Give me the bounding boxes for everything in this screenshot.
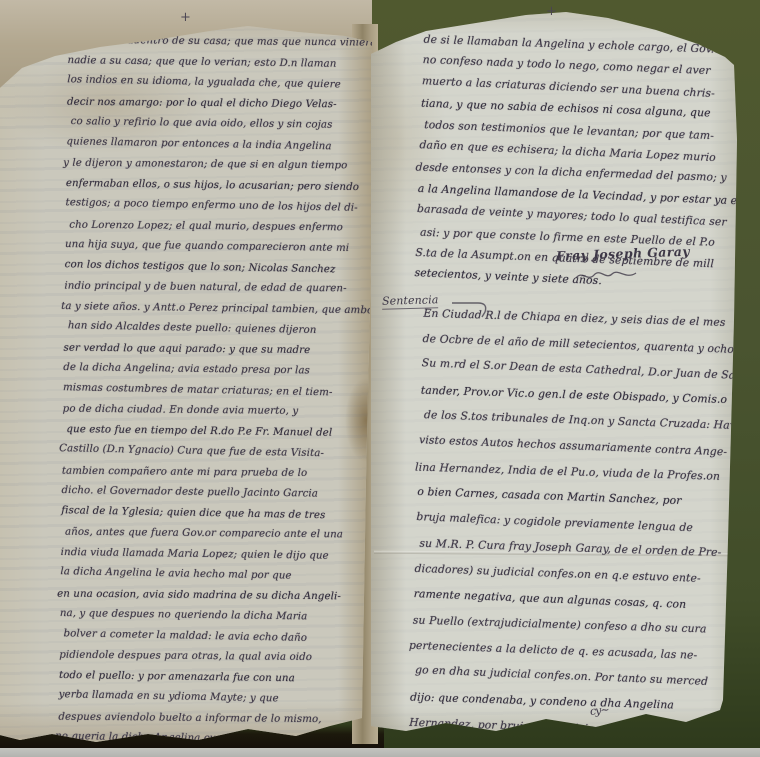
manuscript-line: años, antes que fuera Gov.or comparecio … — [65, 523, 363, 546]
manuscript-line: pidiendole despues para otras, la qual a… — [59, 646, 361, 669]
right-page: de si le llamaban la Angelina y echole c… — [368, 0, 740, 748]
manuscript-line: tambien compañero ante mi para prueba de… — [62, 461, 364, 484]
manuscript-line: po de dicha ciudad. En donde avia muerto… — [63, 400, 365, 423]
left-page: de puertas adentro de su casa; que mas q… — [0, 0, 372, 748]
cross-mark-left-page: + — [180, 10, 191, 25]
manuscript-line: indio principal y de buen natural, de ed… — [64, 277, 366, 300]
right-page-paragraph-2: En Ciudad R.l de Chiapa en diez, y seis … — [409, 300, 738, 746]
manuscript-line: cho Lorenzo Lopez; el qual murio, despue… — [69, 215, 367, 238]
end-rubric-mark: cy~ — [589, 703, 609, 718]
manuscript-photo: { "document": { "kind": "two-page handwr… — [0, 0, 760, 757]
manuscript-line: despues aviendolo buelto a informar de l… — [58, 707, 360, 730]
cross-mark-right-page: + — [546, 4, 557, 19]
left-page-text: de puertas adentro de su casa; que mas q… — [58, 30, 370, 752]
manuscript-line: ser verdad lo que aqui parado: y que su … — [63, 338, 365, 361]
photo-bottom-strip — [0, 748, 760, 757]
signature-rubric-flourish — [574, 268, 638, 284]
manuscript-line: y le dijeron y amonestaron; de que si en… — [63, 154, 368, 177]
manuscript-line: en una ocasion, avia sido madrina de su … — [57, 584, 362, 607]
manuscript-line: decir nos amargo: por lo qual el dicho D… — [67, 92, 369, 115]
